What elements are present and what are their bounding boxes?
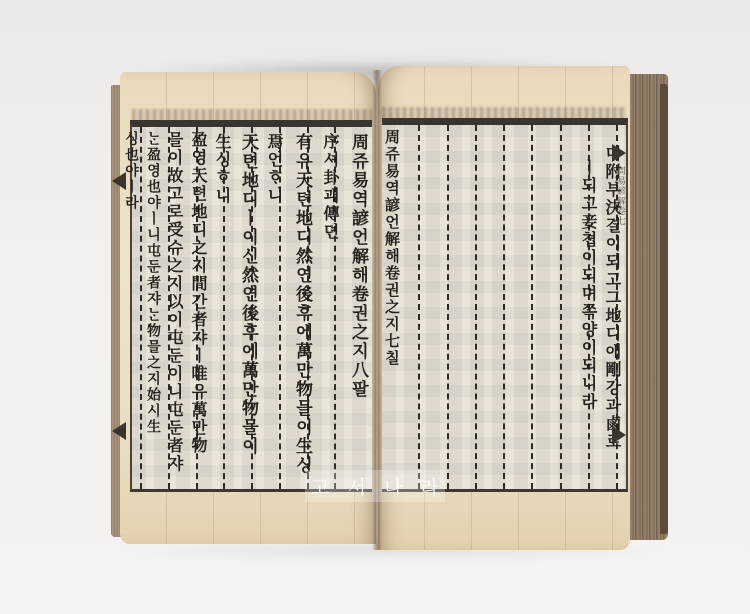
text-column-10: 싱也야ㅣ라 [124, 131, 138, 211]
column-rule [560, 125, 562, 489]
watermark-char: 고 [311, 473, 329, 500]
text-column-5: 天텬地디ㅣ이신然연後후에萬만物믈이 [239, 133, 256, 456]
fishtail-mark-top [612, 144, 626, 162]
watermark-char: 나 [384, 473, 402, 500]
text-column-a: ㅣ되고妾쳡이되며쪽양이되니라 [580, 159, 596, 411]
watermark-char: 서 [348, 473, 366, 500]
column-rule [475, 125, 477, 489]
text-column-title: 周쥬易역諺언解해卷권之지七칠 [384, 129, 399, 367]
column-rule [418, 125, 420, 489]
column-rule [447, 125, 449, 489]
fishtail-mark-bottom [612, 426, 626, 444]
fishtail-mark-top [112, 172, 126, 190]
text-column-7: 盈영天텬地디之지間간者쟈ㅣ唯유萬만物 [190, 131, 206, 455]
text-column-9: ᄂᆞᆫ盈영也야ㅣ니屯둔者쟈ᄂᆞᆫ物믈之지始시生 [146, 131, 160, 435]
fishtail-mark-bottom [112, 422, 126, 440]
right-page-block-edge [628, 74, 668, 540]
text-column-6: 生싱ᄒᆞ니 [214, 133, 230, 205]
right-printed-frame: 周쥬易역諺언解해卷권之지七칠 ㅣ되고妾쳡이되며쪽양이되니라 며附부決결이되고그地… [382, 118, 628, 492]
text-column-1: 周쥬易역諺언解해卷권之지八팔 [349, 133, 366, 399]
margin-title: 周易諺解卷七 [614, 166, 627, 226]
text-column-2: 序셔卦괘傳뎐 [322, 133, 338, 241]
column-rule [140, 127, 142, 489]
text-column-8: 믈이故고로受슈之지以이屯둔이니屯둔者쟈 [166, 131, 182, 473]
left-printed-frame: 周쥬易역諺언解해卷권之지八팔 序셔卦괘傳뎐 有유天텬地디然연後후에萬만物믈이生싱… [130, 120, 372, 492]
watermark: 고 서 나 라 [305, 470, 445, 502]
column-rule [503, 125, 505, 489]
column-rule [531, 125, 533, 489]
watermark-char: 라 [420, 473, 438, 500]
text-column-3: 有유天텬地디然연後후에萬만物믈이生싱 [293, 133, 310, 475]
text-column-4: 焉언ᄒᆞ니 [266, 133, 282, 205]
